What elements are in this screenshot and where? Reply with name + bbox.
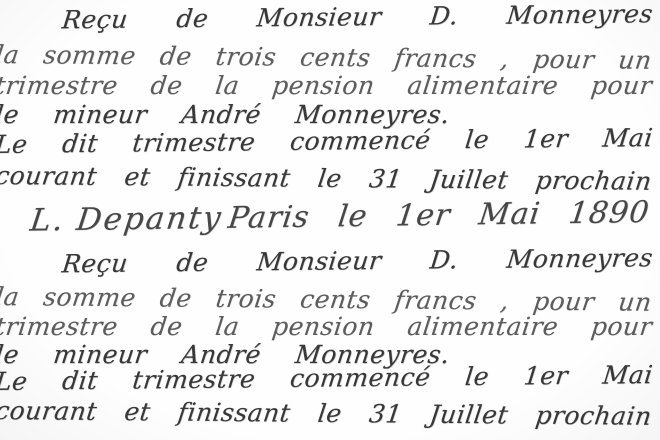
receipt-line: Le dit trimestre commencé le 1er Mai [0, 359, 660, 400]
signature-row: L. Depanty Paris le 1er Mai 1890 [0, 194, 660, 239]
receipt-line: Reçu de Monsieur D. Monneyres [0, 242, 660, 283]
receipt-line: courant et finissant le 31 Juillet proch… [0, 395, 660, 435]
receipt-line: Reçu de Monsieur D. Monneyres [0, 0, 660, 39]
place-date: Paris le 1er Mai 1890 [226, 195, 651, 236]
handwritten-document: ​ Reçu de Monsieur D. Monneyres la somme… [0, 0, 660, 440]
signature: L. Depanty [28, 200, 225, 239]
receipt-line: courant et finissant le 31 Juillet proch… [0, 160, 660, 200]
receipt-line: Le dit trimestre commencé le 1er Mai [0, 122, 660, 163]
